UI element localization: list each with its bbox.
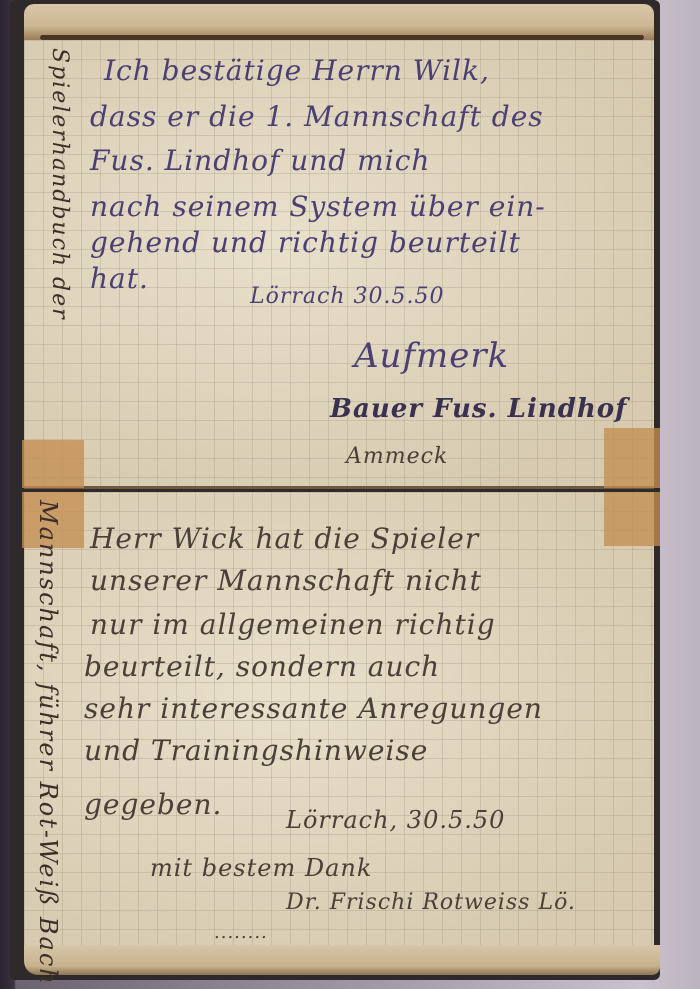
bottom-signature: Dr. Frischi Rotweiss Lö.	[286, 890, 576, 915]
top-signature-1: Aufmerk	[354, 336, 509, 376]
top-line-5: gehend und richtig beurteilt	[90, 226, 521, 259]
bottom-trailing-marks: ........	[214, 922, 268, 943]
top-line-6: hat.	[90, 262, 149, 295]
page-stack-top-edge	[24, 4, 654, 40]
margin-note-top: Spielerhandbuch der	[47, 48, 72, 321]
bottom-line-2: unserer Mannschaft nicht	[90, 564, 482, 597]
bottom-closing: mit bestem Dank	[150, 854, 372, 882]
tape-top-right	[604, 428, 660, 488]
tape-top-left	[22, 440, 84, 488]
top-place-date: Lörrach 30.5.50	[250, 284, 444, 309]
page-stack-bottom-edge	[24, 945, 660, 975]
bottom-line-7: gegeben.	[84, 788, 222, 821]
tape-bottom-right	[604, 492, 660, 546]
top-line-2: dass er die 1. Mannschaft des	[90, 100, 544, 133]
top-signature-2: Bauer Fus. Lindhof	[330, 394, 627, 424]
top-line-4: nach seinem System über ein-	[90, 190, 546, 223]
bottom-place-date: Lörrach, 30.5.50	[286, 806, 505, 834]
bottom-line-6: und Trainingshinweise	[84, 734, 428, 767]
bottom-line-4: beurteilt, sondern auch	[84, 650, 440, 683]
top-page: Ich bestätige Herrn Wilk, dass er die 1.…	[24, 40, 654, 489]
bottom-line-3: nur im allgemeinen richtig	[90, 608, 496, 641]
notebook: Ich bestätige Herrn Wilk, dass er die 1.…	[10, 0, 660, 980]
top-line-1: Ich bestätige Herrn Wilk,	[104, 54, 490, 87]
bottom-line-1: Herr Wick hat die Spieler	[90, 522, 479, 555]
margin-note-bottom: Mannschaft, führer Rot-Weiß Bach	[34, 500, 62, 986]
bottom-page: Herr Wick hat die Spieler unserer Mannsc…	[24, 492, 654, 947]
bottom-line-5: sehr interessante Anregungen	[84, 692, 543, 725]
top-signature-3: Ammeck	[346, 444, 448, 469]
top-line-3: Fus. Lindhof und mich	[90, 144, 430, 177]
